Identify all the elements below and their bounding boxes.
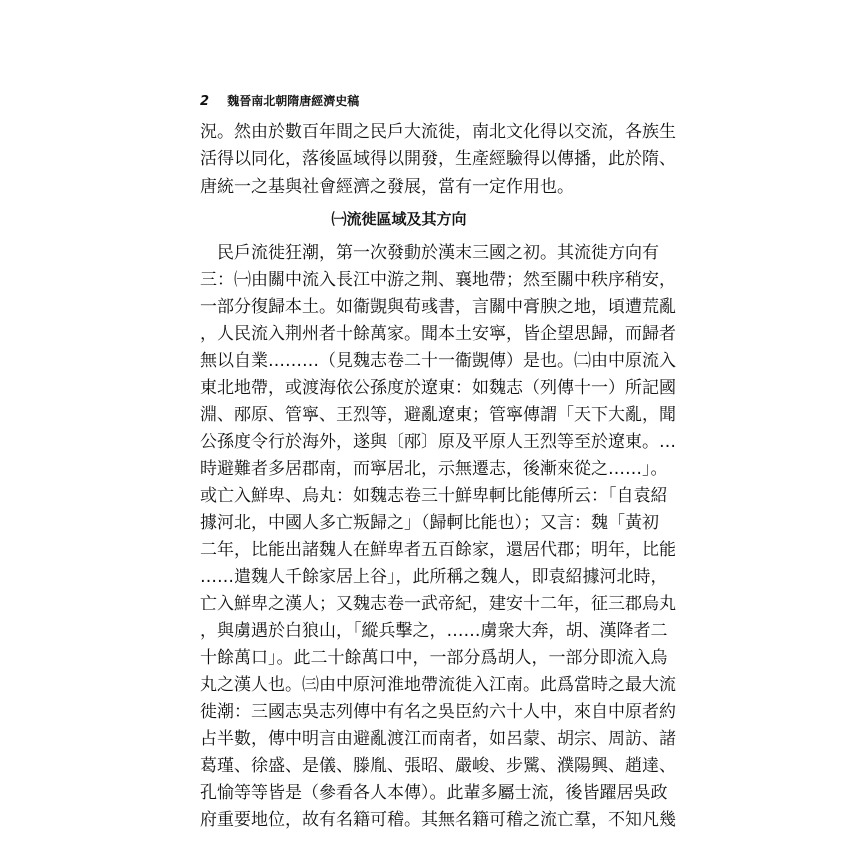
page-number: 2 [200,94,209,109]
body-line: ……遣魏人千餘家居上谷」，此所稱之魏人，即袁紹據河北時， [200,565,598,589]
body-line: 三：㈠由關中流入長江中游之荆、襄地帶；然至關中秩序稍安， [200,268,598,292]
body-line: 占半數，傳中明言由避亂渡江而南者，如呂蒙、胡宗、周訪、諸 [200,727,598,751]
intro-line: 唐統一之基與社會經濟之發展，當有一定作用也。 [200,175,598,199]
running-title: 魏晉南北朝隋唐經濟史稿 [227,94,359,108]
body-line: 東北地帶，或渡海依公孫度於遼東：如魏志（列傳十一）所記國 [200,376,598,400]
body-line: 二年，比能出諸魏人在鮮卑者五百餘家，還居代郡；明年，比能 [200,538,598,562]
body-line: 徙潮：三國志吳志列傳中有名之吳臣約六十人中，來自中原者約 [200,700,598,724]
book-page: 2 魏晉南北朝隋唐經濟史稿 況。然由於數百年間之民戶大流徙，南北文化得以交流，各… [0,0,850,850]
body-line: 或亡入鮮卑、烏丸：如魏志卷三十鮮卑軻比能傳所云：「自袁紹 [200,484,598,508]
body-line: 據河北，中國人多亡叛歸之」（歸軻比能也）；又言：魏「黃初 [200,511,598,535]
body-line: ，與虜遇於白狼山，「縱兵擊之，……虜衆大奔，胡、漢降者二 [200,619,598,643]
body-line: 葛瑾、徐盛、是儀、滕胤、張昭、嚴峻、步騭、濮陽興、趙達、 [200,754,598,778]
intro-line: 況。然由於數百年間之民戶大流徙，南北文化得以交流，各族生 [200,120,598,144]
section-heading: ㈠流徙區域及其方向 [200,208,598,229]
running-header: 2 魏晉南北朝隋唐經濟史稿 [200,92,359,109]
body-line: 公孫度令行於海外，遂與〔邴〕原及平原人王烈等至於遼東。… [200,430,598,454]
body-line: ，人民流入荆州者十餘萬家。聞本土安寧，皆企望思歸，而歸者 [200,322,598,346]
body-line: 一部分復歸本土。如衞覬與荀彧書，言關中膏腴之地，頃遭荒亂 [200,295,598,319]
body-line: 十餘萬口」。此二十餘萬口中，一部分爲胡人，一部分即流入烏 [200,646,598,670]
body-line: 民戶流徙狂潮，第一次發動於漢末三國之初。其流徙方向有 [200,241,598,265]
body-line: 無以自業………（見魏志卷二十一衞覬傳）是也。㈡由中原流入 [200,349,598,373]
intro-line: 活得以同化，落後區域得以開發，生產經驗得以傳播，此於隋、 [200,147,598,171]
body-line: 丸之漢人也。㈢由中原河淮地帶流徙入江南。此爲當時之最大流 [200,673,598,697]
body-line: 府重要地位，故有名籍可稽。其無名籍可稽之流亡羣，不知凡幾 [200,808,598,832]
body-line: 孔愉等等皆是（參看各人本傳）。此輩多屬士流，後皆躍居吳政 [200,781,598,805]
body-line: 淵、邴原、管寧、王烈等，避亂遼東；管寧傳謂「天下大亂，聞 [200,403,598,427]
body-line: 亡入鮮卑之漢人；又魏志卷一武帝紀，建安十二年，征三郡烏丸 [200,592,598,616]
body-line: 時避難者多居郡南，而寧居北，示無遷志，後漸來從之……」。 [200,457,598,481]
